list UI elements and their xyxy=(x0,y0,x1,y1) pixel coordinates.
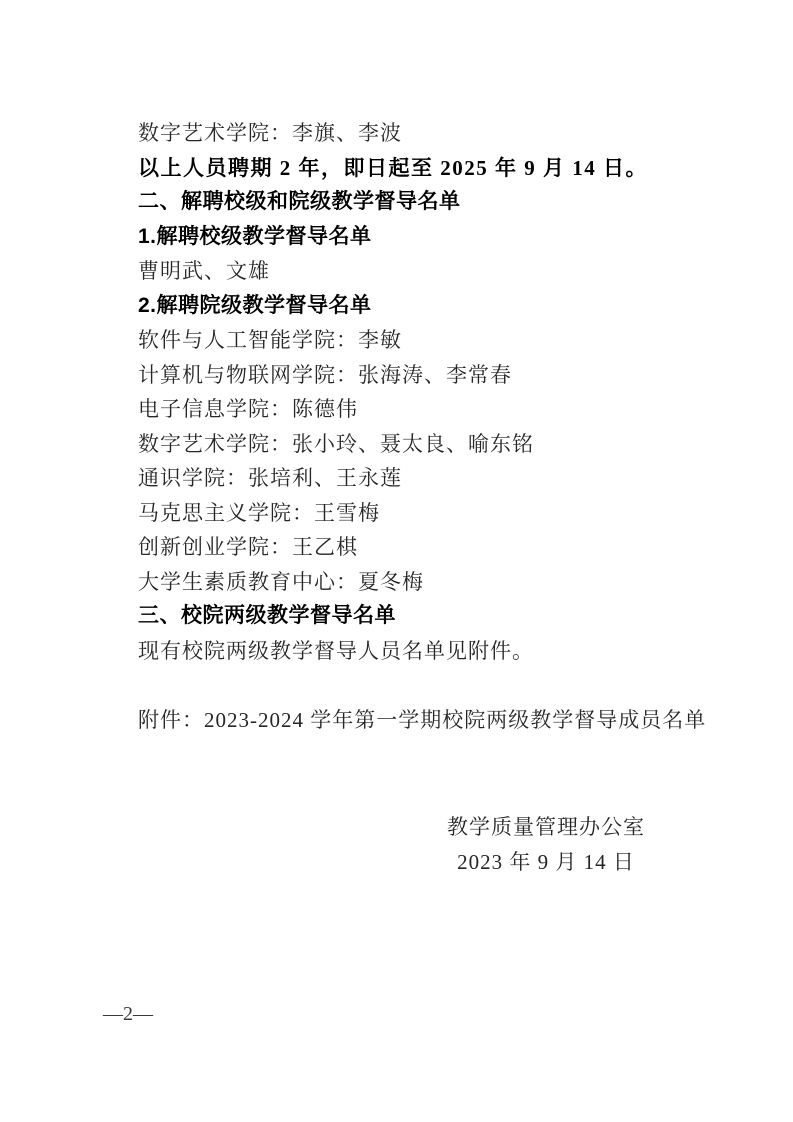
signature-date: 2023 年 9 月 14 日 xyxy=(447,845,645,880)
paragraph-quality-center: 大学生素质教育中心：夏冬梅 xyxy=(0,565,793,600)
paragraph-college-computer: 计算机与物联网学院：张海涛、李常春 xyxy=(0,358,793,393)
paragraph-term-statement: 以上人员聘期 2 年，即日起至 2025 年 9 月 14 日。 xyxy=(0,151,793,186)
heading-section-2: 二、解聘校级和院级教学督导名单 xyxy=(0,185,793,220)
subheading-2-2: 2.解聘院级教学督导名单 xyxy=(0,289,793,324)
subheading-2-1: 1.解聘校级教学督导名单 xyxy=(0,220,793,255)
signature-org: 教学质量管理办公室 xyxy=(447,810,645,845)
paragraph-college-appointed: 数字艺术学院：李旗、李波 xyxy=(0,116,793,151)
page-number: —2— xyxy=(103,1000,153,1028)
paragraph-dismissed-school: 曹明武、文雄 xyxy=(0,254,793,289)
paragraph-college-software: 软件与人工智能学院：李敏 xyxy=(0,323,793,358)
document-body: 数字艺术学院：李旗、李波 以上人员聘期 2 年，即日起至 2025 年 9 月 … xyxy=(0,116,793,879)
document-page: 数字艺术学院：李旗、李波 以上人员聘期 2 年，即日起至 2025 年 9 月 … xyxy=(0,0,793,1122)
paragraph-see-attachment: 现有校院两级教学督导人员名单见附件。 xyxy=(0,634,793,669)
signature-block: 教学质量管理办公室 2023 年 9 月 14 日 xyxy=(447,810,645,879)
paragraph-college-general: 通识学院：张培利、王永莲 xyxy=(0,461,793,496)
attachment-line: 附件：2023-2024 学年第一学期校院两级教学督导成员名单 xyxy=(0,703,793,738)
paragraph-college-marxism: 马克思主义学院：王雪梅 xyxy=(0,496,793,531)
paragraph-college-digital-arts: 数字艺术学院：张小玲、聂太良、喻东铭 xyxy=(0,427,793,462)
paragraph-college-innovation: 创新创业学院：王乙棋 xyxy=(0,530,793,565)
paragraph-college-electronics: 电子信息学院：陈德伟 xyxy=(0,392,793,427)
heading-section-3: 三、校院两级教学督导名单 xyxy=(0,599,793,634)
